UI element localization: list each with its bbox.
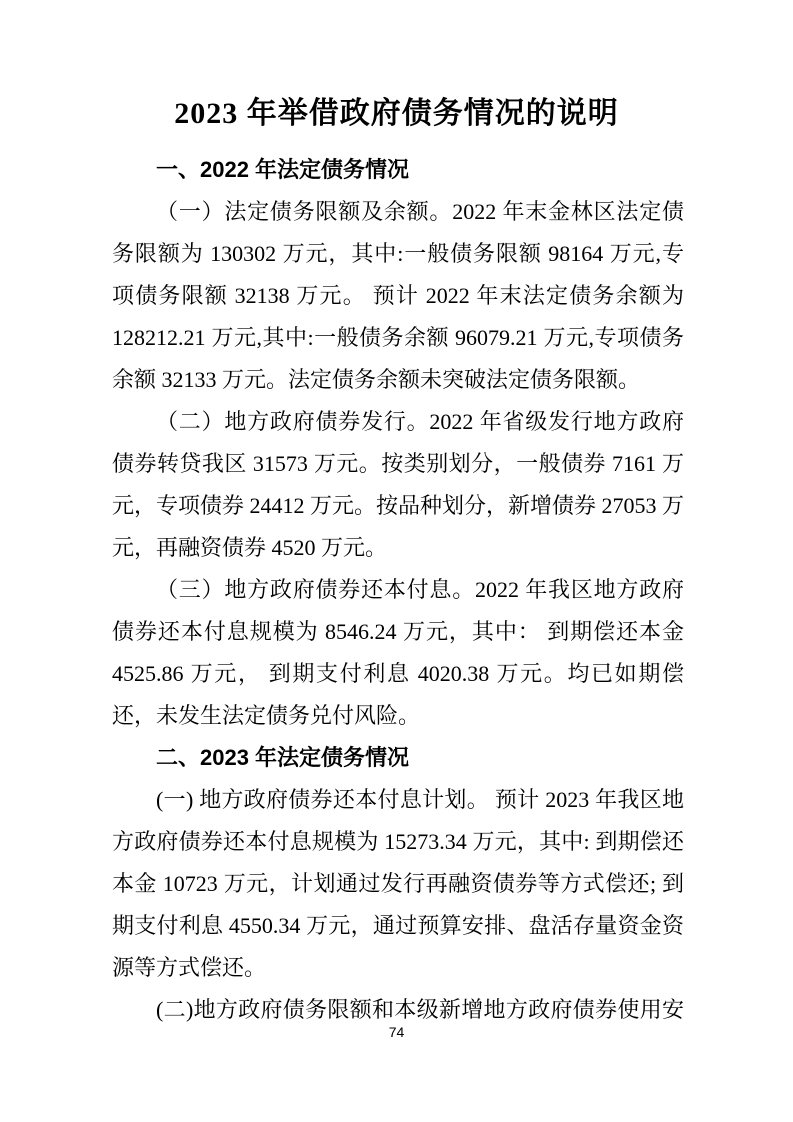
- section-heading-2022-debt: 一、2022 年法定债务情况: [112, 149, 684, 191]
- paragraph-debt-limit-balance: （一）法定债务限额及余额。2022 年末金林区法定债务限额为 130302 万元…: [112, 191, 684, 401]
- paragraph-bond-issuance: （二）地方政府债券发行。2022 年省级发行地方政府债券转贷我区 31573 万…: [112, 401, 684, 569]
- paragraph-repayment-plan-2023: (一) 地方政府债券还本付息计划。 预计 2023 年我区地方政府债券还本付息规…: [112, 779, 684, 989]
- page-number: 74: [0, 1022, 793, 1042]
- section-heading-2023-debt: 二、2023 年法定债务情况: [112, 737, 684, 779]
- document-body: 一、2022 年法定债务情况 （一）法定债务限额及余额。2022 年末金林区法定…: [0, 149, 793, 1031]
- document-page: 2023 年举借政府债务情况的说明 一、2022 年法定债务情况 （一）法定债务…: [0, 0, 793, 1122]
- document-title: 2023 年举借政府债务情况的说明: [0, 0, 793, 133]
- paragraph-principal-interest-2022: （三）地方政府债券还本付息。2022 年我区地方政府债券还本付息规模为 8546…: [112, 569, 684, 737]
